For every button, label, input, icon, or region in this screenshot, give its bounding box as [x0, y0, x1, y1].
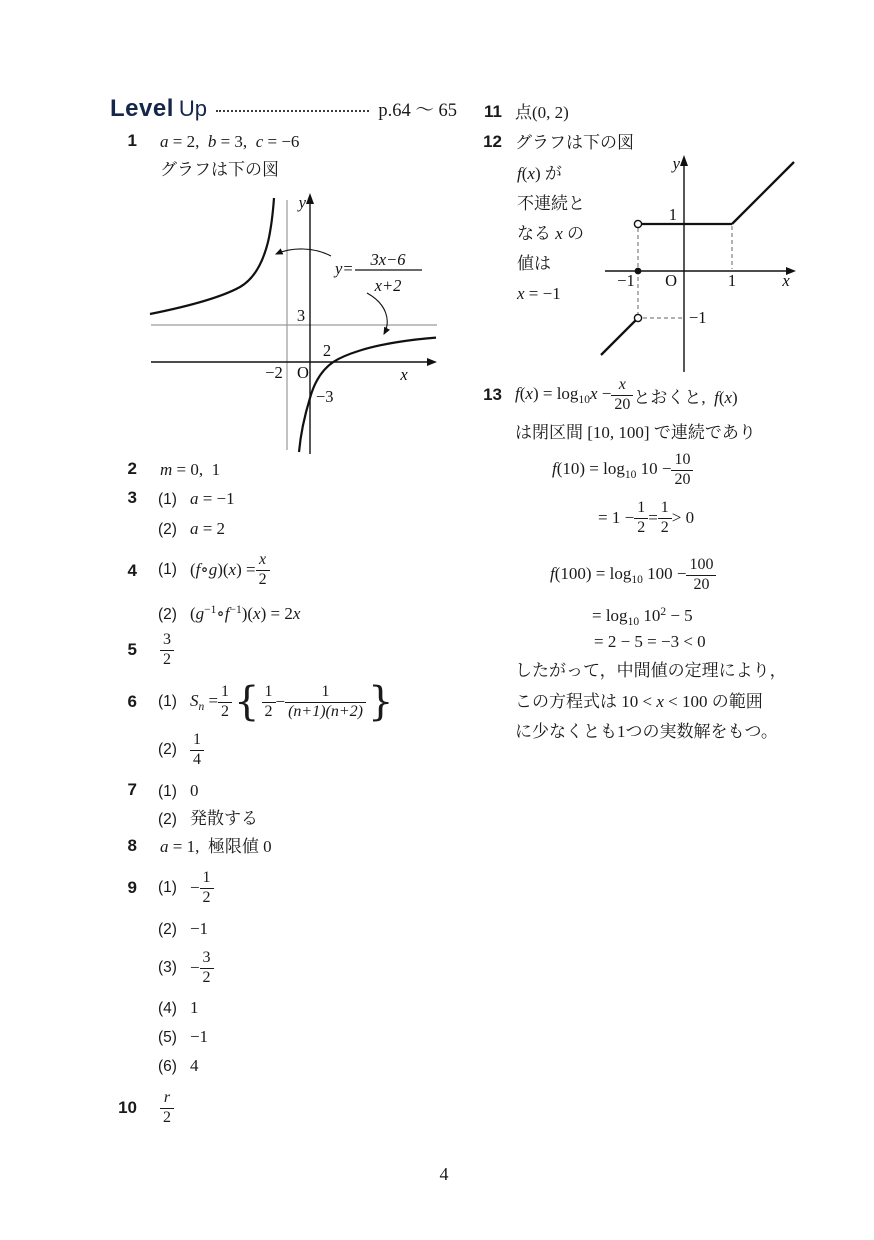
levelup-header: Level Up p.64 〜 65 [110, 94, 457, 124]
math-text: ) = 2 [261, 604, 293, 623]
log-base: 10 [625, 469, 637, 481]
open-point-top [634, 220, 641, 227]
math-text: = [648, 508, 658, 528]
math-text: 10 − [636, 459, 671, 478]
math-var: x [293, 604, 301, 623]
header-page-range: p.64 〜 65 [378, 96, 457, 122]
label-arrow-right [367, 293, 387, 334]
fraction-denominator: 4 [190, 750, 204, 769]
math-text: = [204, 691, 218, 710]
curve-equation-numerator: 3x−6 [370, 250, 407, 269]
item-1-answer: a = 2, b = 3, c = −6 [160, 131, 299, 152]
graph-piecewise: y x O 1 −1 1 −1 [597, 152, 803, 378]
header-title-up: Up [179, 96, 207, 122]
tick-minus-3: −3 [316, 387, 334, 406]
close-brace: } [368, 682, 393, 722]
item-11-number: 11 [466, 102, 502, 122]
math-text: = −6 [263, 132, 299, 151]
item-13-line-10: に少なくとも1つの実数解をもつ。 [515, 721, 778, 742]
item-12-graph-note: グラフは下の図 [515, 132, 634, 153]
item-13-line-4: = 1 − 12 = 12 > 0 [598, 496, 694, 540]
math-run: (f∘g)(x) = [190, 560, 256, 580]
item-2-answer: m = 0, 1 [160, 459, 220, 480]
fraction-denominator: 20 [671, 470, 693, 489]
text: なる [517, 224, 555, 243]
math-run: Sn = [190, 691, 218, 713]
ring-operator: ∘ [216, 604, 224, 623]
fraction-denominator: 2 [256, 570, 270, 589]
fraction-denominator: 2 [200, 888, 214, 907]
part-label: (1) [158, 561, 177, 579]
fraction: 1020 [671, 451, 693, 489]
y-axis-label: y [671, 154, 681, 173]
math-var: g [196, 604, 205, 623]
fraction: 12 [658, 499, 672, 537]
math-text: = 1, 極限値 0 [169, 837, 272, 856]
math-text: = 2 [198, 519, 225, 538]
tick-3: 3 [297, 306, 305, 325]
ring-operator: ∘ [200, 560, 208, 579]
fraction-numerator: 1 [634, 499, 648, 517]
fraction-denominator: 2 [160, 1108, 174, 1127]
y-axis-arrow-icon [306, 193, 314, 204]
page-number: 4 [408, 1164, 480, 1185]
fraction-denominator: 2 [262, 702, 276, 721]
item-9-part-5: (5)−1 [158, 1026, 208, 1048]
fraction-denominator: 2 [658, 518, 672, 537]
origin-label: O [665, 271, 677, 290]
tick-1-x: 1 [728, 271, 736, 290]
math-var: x [527, 164, 535, 183]
item-3-number: 3 [104, 488, 137, 508]
fraction-numerator: 10 [671, 451, 693, 469]
math-text: ) = [236, 560, 256, 579]
item-1-number: 1 [104, 131, 137, 151]
dotted-leader [216, 110, 369, 112]
math-var: x [656, 692, 664, 711]
header-title-level: Level [110, 95, 174, 123]
math-var: x [517, 284, 525, 303]
item-13-line-3: f(10) = log10 10 − 1020 [552, 448, 693, 492]
part-label: (2) [158, 811, 177, 828]
curve-equation-denominator: x+2 [374, 276, 402, 295]
math-var: a [160, 132, 169, 151]
text: の [563, 224, 584, 243]
answer-text: 発散する [190, 809, 258, 828]
item-8-answer: a = 1, 極限値 0 [160, 836, 272, 857]
curve-equation-lead: y= [333, 259, 353, 278]
item-9-part-6: (6)4 [158, 1055, 198, 1077]
minus-sign: − [190, 878, 200, 898]
fraction: 32 [160, 631, 174, 669]
math-text: ) [732, 388, 738, 407]
fraction-numerator: r [160, 1089, 174, 1107]
open-brace: { [234, 682, 259, 722]
item-1-graph-note: グラフは下の図 [160, 159, 279, 180]
fraction-denominator: 2 [160, 650, 174, 669]
item-11-answer: 点(0, 2) [515, 102, 569, 123]
part-label: (2) [158, 921, 177, 938]
fraction: x2 [256, 551, 270, 589]
math-text: = −1 [525, 284, 561, 303]
y-axis-arrow-icon [680, 155, 688, 166]
text: この方程式は 10 < [515, 692, 656, 711]
math-text: (100) = log [555, 564, 632, 583]
x-axis-label: x [399, 365, 408, 384]
math-text: − [276, 692, 286, 712]
tick-2: 2 [323, 341, 331, 360]
fraction-denominator: 2 [200, 968, 214, 987]
math-text: = log [592, 606, 628, 625]
math-text: 10 [639, 606, 660, 625]
fraction-numerator: 3 [160, 631, 174, 649]
item-3-part-2: (2)a = 2 [158, 518, 225, 540]
part-label: (6) [158, 1058, 177, 1075]
math-text: > 0 [672, 508, 694, 528]
item-4-part-1: (1) (f∘g)(x) = x2 [158, 548, 270, 592]
item-10-answer: r2 [160, 1086, 174, 1130]
item-13-line-2: は閉区間 [10, 100] で連続であり [515, 422, 756, 443]
fraction-numerator: 1 [285, 683, 366, 701]
log-base: 10 [631, 574, 643, 586]
item-13-line-9: この方程式は 10 < x < 100 の範囲 [515, 691, 763, 712]
part-label: (3) [158, 959, 177, 977]
item-13-line-8: したがって，中間値の定理により， [515, 660, 787, 681]
item-4-number: 4 [104, 561, 137, 581]
text: とおくと, [633, 388, 714, 407]
fraction: 12 [634, 499, 648, 537]
fraction-numerator: 1 [218, 683, 232, 701]
item-3-part-1: (1)a = −1 [158, 488, 235, 510]
fraction-numerator: 3 [200, 949, 214, 967]
math-text: )( [217, 560, 228, 579]
item-13-line-5: f(100) = log10 100 − 10020 [550, 553, 716, 597]
part-label: (2) [158, 741, 177, 759]
open-point-bottom [634, 314, 641, 321]
math-run: f(10) = log10 10 − [552, 459, 671, 481]
minus-sign: − [190, 958, 200, 978]
math-text: = 1 − [598, 508, 634, 528]
item-12-number: 12 [466, 132, 502, 152]
math-var: x [525, 384, 533, 403]
item-13-line-6: = log10 102 − 5 [592, 602, 693, 633]
fraction: 32 [200, 949, 214, 987]
graph-hyperbola: y x O −2 3 2 −3 y= 3x−6 x+2 [140, 190, 440, 458]
fraction-numerator: 1 [200, 869, 214, 887]
math-var: x [555, 224, 563, 243]
item-13-number: 13 [466, 385, 502, 405]
math-text: ) が [535, 164, 562, 183]
math-run: とおくと, f(x) [633, 383, 737, 408]
axes [151, 201, 430, 454]
math-var: g [209, 560, 218, 579]
label-arrow-left [276, 249, 331, 256]
item-2-number: 2 [104, 459, 137, 479]
math-text: −1 [190, 919, 208, 938]
math-text: = 3, [216, 132, 255, 151]
log-base: 10 [628, 616, 640, 628]
item-7-part-2: (2)発散する [158, 808, 258, 830]
item-10-number: 10 [104, 1098, 137, 1118]
fraction: 10020 [686, 556, 716, 594]
fraction-denominator: 20 [686, 575, 716, 594]
math-var: x [724, 388, 732, 407]
math-text: = 2, [169, 132, 208, 151]
fraction-numerator: 1 [190, 731, 204, 749]
tick-1-y: 1 [669, 205, 677, 224]
item-9-number: 9 [104, 878, 137, 898]
fraction-numerator: 1 [658, 499, 672, 517]
fraction-numerator: 1 [262, 683, 276, 701]
origin-label: O [297, 363, 309, 382]
item-5-number: 5 [104, 640, 137, 660]
item-13-line-7: = 2 − 5 = −3 < 0 [594, 631, 706, 652]
math-text: − 5 [666, 606, 693, 625]
part-label: (1) [158, 783, 177, 800]
math-text: 1 [190, 998, 199, 1017]
closed-point [635, 268, 642, 275]
math-text: 4 [190, 1056, 199, 1075]
tick-minus1-x: −1 [617, 271, 635, 290]
item-13-line-1: f(x) = log10x − x20 とおくと, f(x) [515, 373, 738, 417]
math-text: = 0, 1 [172, 460, 220, 479]
tick-minus-2: −2 [265, 363, 283, 382]
math-var: x [253, 604, 261, 623]
fraction: 12 [200, 869, 214, 907]
item-4-part-2: (2)(g−1∘f−1)(x) = 2x [158, 600, 300, 625]
curve-left-branch [150, 198, 274, 314]
math-var: a [160, 837, 169, 856]
fraction: 1(n+1)(n+2) [285, 683, 366, 721]
math-text: 100 − [643, 564, 687, 583]
log-base: 10 [578, 394, 590, 406]
x-axis-arrow-icon [427, 358, 437, 366]
part-label: (2) [158, 606, 177, 623]
part-label: (1) [158, 693, 177, 711]
fraction: r2 [160, 1089, 174, 1127]
fraction-numerator: 100 [686, 556, 716, 574]
fraction: x20 [611, 376, 633, 414]
item-9-part-1: (1) − 12 [158, 866, 214, 910]
segment-upper-diagonal [732, 162, 794, 224]
part-label: (4) [158, 1000, 177, 1017]
x-axis-label: x [781, 271, 790, 290]
math-text: − [597, 384, 611, 403]
fraction: 12 [218, 683, 232, 721]
item-6-part-1: (1) Sn = 12 { 12 − 1(n+1)(n+2) } [158, 678, 395, 726]
segment-lower-diagonal [601, 321, 636, 356]
exponent: −1 [229, 604, 241, 616]
fraction-numerator: x [256, 551, 270, 569]
math-text: = −1 [198, 489, 234, 508]
dashed-guides [638, 226, 732, 318]
item-7-number: 7 [104, 780, 137, 800]
item-9-part-2: (2)−1 [158, 918, 208, 940]
item-5-answer: 32 [160, 628, 174, 672]
fraction-numerator: x [611, 376, 633, 394]
math-text: (10) = log [557, 459, 625, 478]
text: < 100 の範囲 [664, 692, 763, 711]
item-9-part-3: (3) − 32 [158, 946, 214, 990]
math-text: )( [242, 604, 253, 623]
fraction: 12 [262, 683, 276, 721]
math-run: f(100) = log10 100 − [550, 564, 686, 586]
item-9-part-4: (4)1 [158, 997, 198, 1019]
item-12-side-text-1: f(x) が [517, 163, 562, 184]
fraction-denominator: 2 [634, 518, 648, 537]
math-text: 0 [190, 781, 199, 800]
tick-minus1-y: −1 [689, 308, 707, 327]
item-7-part-1: (1)0 [158, 780, 198, 802]
item-8-number: 8 [104, 836, 137, 856]
part-label: (5) [158, 1029, 177, 1046]
math-run: f(x) = log10x − [515, 384, 611, 406]
fraction-denominator: (n+1)(n+2) [285, 702, 366, 721]
y-axis-label: y [297, 193, 307, 212]
item-12-side-text-2: 不連続と [517, 193, 585, 214]
part-label: (1) [158, 879, 177, 897]
math-text: ) = log [533, 384, 578, 403]
item-12-side-text-3: なる x の [517, 223, 584, 244]
fraction: 14 [190, 731, 204, 769]
math-text: −1 [190, 1027, 208, 1046]
part-label: (1) [158, 491, 177, 508]
fraction-denominator: 20 [611, 395, 633, 414]
item-12-side-text-5: x = −1 [517, 283, 561, 304]
part-label: (2) [158, 521, 177, 538]
item-6-part-2: (2) 14 [158, 728, 204, 772]
item-6-number: 6 [104, 692, 137, 712]
fraction-denominator: 2 [218, 702, 232, 721]
item-12-side-text-4: 値は [517, 253, 551, 274]
math-var: m [160, 460, 172, 479]
exponent: −1 [204, 604, 216, 616]
math-var: x [229, 560, 237, 579]
